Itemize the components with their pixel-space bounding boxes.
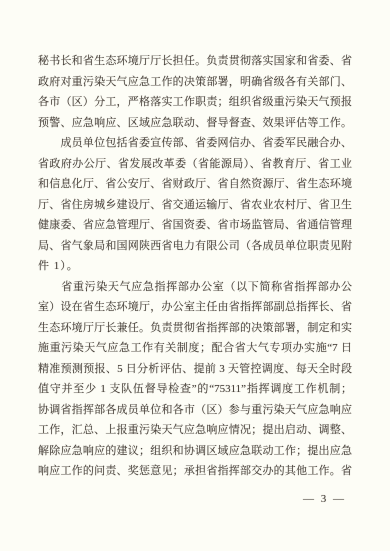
body-text: 秘书长和省生态环境厅厅长担任。负责贯彻落实国家和省委、省 政府对重污染天气应急工… — [38, 51, 352, 482]
text-line: 成员单位包括省委宣传部、省委网信办、省委军民融合办、 — [38, 133, 352, 154]
text-line: 值守并至少 1 支队伍督导检查”的“75311”指挥调度工作机制； — [38, 379, 352, 400]
document-page: 秘书长和省生态环境厅厅长担任。负责贯彻落实国家和省委、省 政府对重污染天气应急工… — [0, 0, 390, 551]
text-line: 政府对重污染天气应急工作的决策部署，明确省级各有关部门、 — [38, 72, 352, 93]
text-line: 预警、应急响应、区域应急联动、督导督查、效果评估等工作。 — [38, 113, 352, 134]
text-line: 解除应急响应的建议；组织和协调区域应急联动工作；提出应急 — [38, 441, 352, 462]
text-line: 精准预测预报、5 日分析评估、提前 3 天管控调度、每天全时段 — [38, 359, 352, 380]
page-number: — 3 — — [303, 493, 346, 505]
text-line: 室）设在省生态环境厅，办公室主任由省指挥部副总指挥长、省 — [38, 297, 352, 318]
text-line: 各市（区）分工，严格落实工作职责；组织省级重污染天气预报 — [38, 92, 352, 113]
text-line: 局、省气象局和国网陕西省电力有限公司（各成员单位职责见附 — [38, 236, 352, 257]
text-line: 秘书长和省生态环境厅厅长担任。负责贯彻落实国家和省委、省 — [38, 51, 352, 72]
text-line: 工作，汇总、上报重污染天气应急响应情况；提出启动、调整、 — [38, 420, 352, 441]
text-line: 施重污染天气应急工作有关制度；配合省大气专项办实施“7 日 — [38, 338, 352, 359]
text-line: 件 1）。 — [38, 256, 352, 277]
text-line: 和信息化厅、省公安厅、省财政厅、省自然资源厅、省生态环境 — [38, 174, 352, 195]
text-line: 生态环境厅厅长兼任。负责贯彻省指挥部的决策部署，制定和实 — [38, 318, 352, 339]
text-line: 省重污染天气应急指挥部办公室（以下简称省指挥部办公 — [38, 277, 352, 298]
text-line: 厅、省住房城乡建设厅、省交通运输厅、省农业农村厅、省卫生 — [38, 195, 352, 216]
text-line: 响应工作的问责、奖惩意见；承担省指挥部交办的其他工作。省 — [38, 461, 352, 482]
text-line: 健康委、省应急管理厅、省国资委、省市场监管局、省通信管理 — [38, 215, 352, 236]
text-line: 省政府办公厅、省发展改革委（省能源局）、省教育厅、省工业 — [38, 154, 352, 175]
text-line: 协调省指挥部各成员单位和各市（区）参与重污染天气应急响应 — [38, 400, 352, 421]
